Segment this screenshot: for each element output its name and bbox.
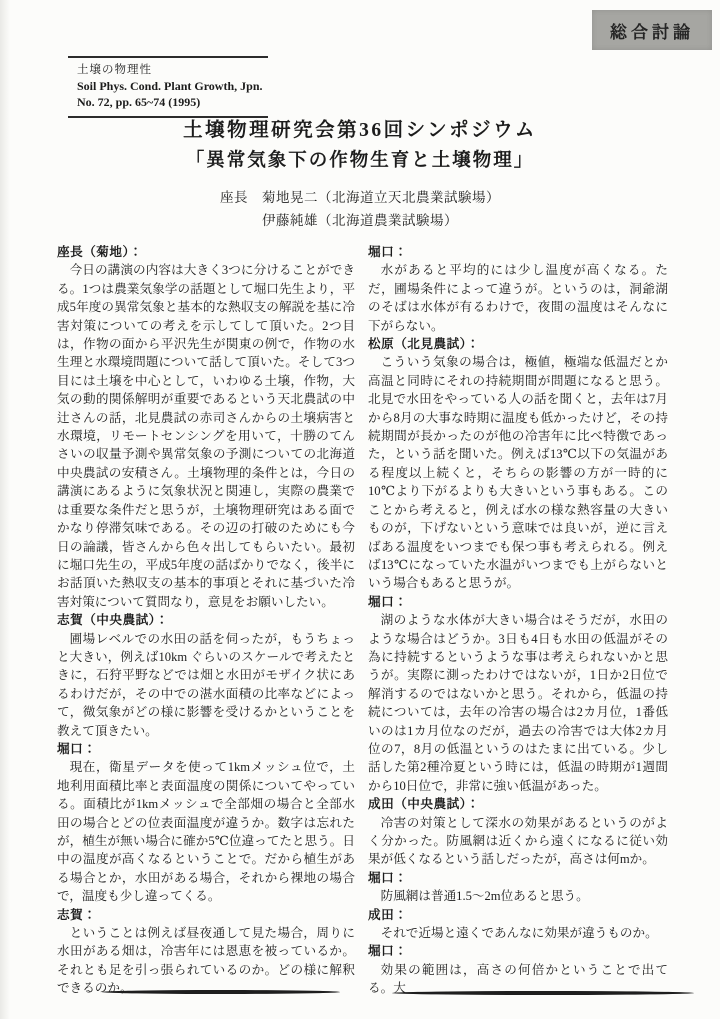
utterance: 志賀： ということは例えば昼夜通して見た場合，周りに水田がある畑は，冷害年には恩…: [57, 906, 355, 998]
utterance: 成田（中央農試）： 冷害の対策として深水の効果があるというのがよく分かった。防風…: [368, 795, 668, 869]
utterance: 堀口： 湖のような水体が大きい場合はそうだが，水田のような場合はどうか。3日も4…: [368, 593, 668, 795]
speaker-label: 堀口：: [368, 869, 668, 887]
page-bottom-scan-artifact-right: [392, 991, 694, 995]
symposium-title: 土壌物理研究会第36回シンポジウム: [0, 114, 720, 142]
journal-info-box: 土壌の物理性 Soil Phys. Cond. Plant Growth, Jp…: [68, 56, 268, 118]
speaker-label: 座長（菊地）：: [57, 243, 355, 261]
speaker-label: 志賀：: [57, 906, 355, 924]
speech-paragraph: 今日の講演の内容は大きく3つに分けることができる。1つは農業気象学の話題として堀…: [57, 261, 355, 611]
speaker-label: 堀口：: [368, 593, 668, 611]
journal-issue-pages: No. 72, pp. 65~74 (1995): [77, 94, 268, 110]
speech-paragraph: 水があると平均的には少し温度が高くなる。ただ，圃場条件によって違うが。というのは…: [368, 261, 668, 335]
utterance: 堀口： 水があると平均的には少し温度が高くなる。ただ，圃場条件によって違うが。と…: [368, 243, 668, 335]
general-discussion-badge: 総合討論: [592, 10, 712, 50]
speaker-label: 堀口：: [57, 740, 355, 758]
speech-paragraph: 湖のような水体が大きい場合はそうだが，水田のような場合はどうか。3日も4日も水田…: [368, 611, 668, 795]
speech-paragraph: 現在，衛星データを使って1kmメッシュ位で，土地利用面積比率と表面温度の関係につ…: [57, 758, 355, 905]
utterance: 松原（北見農試）： こういう気象の場合は，極値，極端な低温だとか高温と同時にそれ…: [368, 335, 668, 593]
speech-paragraph: 防風網は普通1.5〜2m位あると思う。: [368, 887, 668, 905]
utterance: 志賀（中央農試）： 圃場レベルでの水田の話を伺ったが，もうちょっと大きい，例えば…: [57, 611, 355, 740]
speaker-label: 成田（中央農試）：: [368, 795, 668, 813]
symposium-subtitle: 「異常気象下の作物生育と土壌物理」: [0, 146, 720, 172]
utterance: 堀口： 効果の範囲は，高さの何倍かということで出てる。大: [368, 942, 668, 997]
speaker-label: 志賀（中央農試）：: [57, 611, 355, 629]
chair-line-1: 座長 菊地晃二（北海道立天北農業試験場）: [0, 186, 720, 206]
journal-name-english: Soil Phys. Cond. Plant Growth, Jpn.: [77, 78, 268, 94]
utterance: 堀口： 現在，衛星データを使って1kmメッシュ位で，土地利用面積比率と表面温度の…: [57, 740, 355, 906]
page-bottom-scan-artifact-left: [102, 990, 340, 994]
chair-line-2: 伊藤純雄（北海道農業試験場）: [0, 209, 720, 229]
utterance: 堀口： 防風網は普通1.5〜2m位あると思う。: [368, 869, 668, 906]
speech-paragraph: こういう気象の場合は，極値，極端な低温だとか高温と同時にそれの持続期間が問題にな…: [368, 353, 668, 592]
speech-paragraph: それで近場と遠くであんなに効果が違うものか。: [368, 924, 668, 942]
left-column: 座長（菊地）： 今日の講演の内容は大きく3つに分けることができる。1つは農業気象…: [57, 243, 355, 998]
right-column: 堀口： 水があると平均的には少し温度が高くなる。ただ，圃場条件によって違うが。と…: [368, 243, 668, 998]
journal-name-japanese: 土壌の物理性: [77, 63, 268, 78]
speech-paragraph: 冷害の対策として深水の効果があるというのがよく分かった。防風網は近くから遠くにな…: [368, 814, 668, 869]
speech-paragraph: ということは例えば昼夜通して見た場合，周りに水田がある畑は，冷害年には恩恵を被っ…: [57, 924, 355, 998]
speaker-label: 堀口：: [368, 243, 668, 261]
speech-paragraph: 圃場レベルでの水田の話を伺ったが，もうちょっと大きい，例えば10km ぐらいのス…: [57, 630, 355, 740]
speaker-label: 松原（北見農試）：: [368, 335, 668, 353]
speaker-label: 堀口：: [368, 942, 668, 960]
utterance: 座長（菊地）： 今日の講演の内容は大きく3つに分けることができる。1つは農業気象…: [57, 243, 355, 611]
speaker-label: 成田：: [368, 906, 668, 924]
utterance: 成田： それで近場と遠くであんなに効果が違うものか。: [368, 906, 668, 943]
